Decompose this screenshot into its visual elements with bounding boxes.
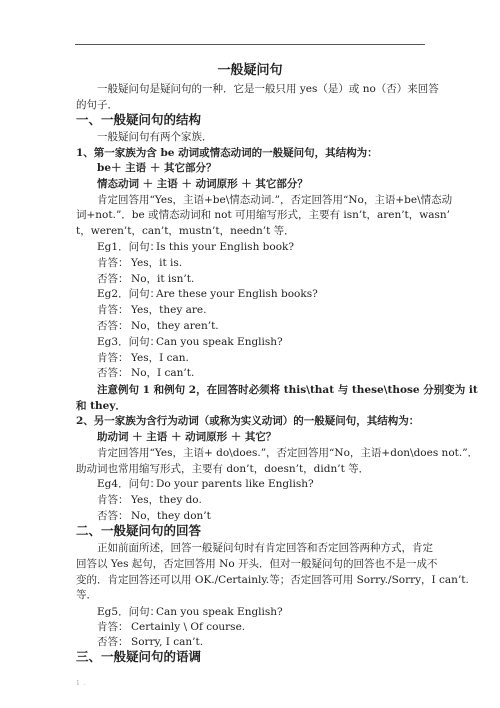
example-label: Eg5．问句： (97, 605, 156, 619)
example-2-question: Eg2．问句：Are these your English books? (97, 287, 318, 301)
family1-explain-2: 词+not.”．be 或情态动词和 not 可用缩写形式，主要有 isn’t，a… (76, 208, 450, 222)
header-mark: · (421, 40, 423, 46)
example-4-no: 否答：No，they don’t (97, 509, 211, 523)
answer-text: No，they don’t (131, 510, 211, 522)
example-label: Eg4．问句： (97, 477, 156, 491)
section2-para-1: 正如前面所述，回答一般疑问句时有肯定回答和否定回答两种方式，肯定 (97, 541, 433, 555)
intro-line-2: 的句子． (76, 98, 118, 112)
answer-text: No，they aren’t. (131, 320, 219, 332)
section1-intro: 一般疑问句有两个家族． (97, 130, 213, 144)
example-2-no: 否答：No，they aren’t. (97, 319, 219, 333)
example-1-question: Eg1．问句：Is this your English book? (97, 240, 294, 254)
family1-heading: 1、第一家族为含 be 动词或情态动词的一般疑问句，其结构为： (76, 146, 378, 160)
example-2-yes: 肯答：Yes，they are. (97, 303, 206, 317)
example-5-no: 否答：Sorry, I can’t. (97, 635, 203, 649)
example-text: Can you speak English? (156, 606, 283, 618)
example-text: Can you speak English? (156, 336, 283, 348)
section2-heading: 二、一般疑问句的回答 (76, 524, 201, 538)
example-5-question: Eg5．问句：Can you speak English? (97, 605, 283, 619)
answer-text: Certainly \ Of course. (131, 621, 245, 633)
family1-explain-1: 肯定回答用“Yes，主语+be\情态动词.”，否定回答用“No，主语+be\情态… (97, 193, 452, 207)
answer-text: No，I can’t. (131, 367, 194, 379)
example-3-question: Eg3．问句：Can you speak English? (97, 335, 283, 349)
family1-formula-1: be＋ 主语 ＋ 其它部分？ (97, 161, 217, 175)
answer-label: 否答： (97, 319, 131, 333)
answer-label: 肯答： (97, 256, 131, 270)
document-page: · 一般疑问句 一般疑问句是疑问句的一种．它是一般只用 yes（是）或 no（否… (0, 0, 500, 708)
answer-label: 肯答： (97, 620, 131, 634)
example-text: Is this your English book? (156, 241, 294, 253)
answer-text: Yes，they are. (131, 304, 206, 316)
footer-mark: 1 . (76, 680, 87, 687)
example-text: Are these your English books? (156, 288, 318, 300)
family2-explain-1: 肯定回答用“Yes，主语+ do\does.”，否定回答用“No，主语+don\… (97, 446, 478, 460)
answer-label: 否答： (97, 272, 131, 286)
header-rule (75, 44, 425, 45)
example-1-yes: 肯答：Yes，it is. (97, 256, 182, 270)
answer-label: 肯答： (97, 493, 131, 507)
answer-label: 否答： (97, 366, 131, 380)
section2-para-2: 回答以 Yes 起句，否定回答用 No 开头．但对一般疑问句的回答也不是一成不 (76, 557, 437, 571)
answer-text: Sorry, I can’t. (131, 636, 203, 648)
answer-text: Yes，I can. (131, 352, 189, 364)
example-label: Eg2．问句： (97, 287, 156, 301)
note-line-1: 注意例句 1 和例句 2，在回答时必须将 this\that 与 these\t… (97, 383, 478, 397)
answer-text: Yes，they do. (131, 494, 202, 506)
answer-text: No，it isn’t. (131, 273, 194, 285)
example-label: Eg1．问句： (97, 240, 156, 254)
family2-formula: 助动词 ＋ 主语 ＋ 动词原形 ＋ 其它？ (97, 430, 276, 444)
family2-heading: 2、另一家族为含行为动词（或称为实义动词）的一般疑问句，其结构为： (76, 414, 419, 428)
example-4-question: Eg4．问句：Do your parents like English? (97, 477, 314, 491)
family1-formula-2: 情态动词 ＋ 主语 ＋ 动词原形 ＋ 其它部分？ (97, 177, 308, 191)
example-3-yes: 肯答：Yes，I can. (97, 351, 189, 365)
answer-label: 肯答： (97, 303, 131, 317)
section2-para-4: 等． (76, 588, 97, 602)
answer-text: Yes，it is. (131, 257, 182, 269)
intro-line-1: 一般疑问句是疑问句的一种．它是一般只用 yes（是）或 no（否）来回答 (97, 82, 439, 96)
family2-explain-2: 助动词也常用缩写形式，主要有 don’t，doesn’t，didn’t 等． (76, 462, 369, 476)
note-line-2: 和 they． (76, 399, 126, 413)
section3-heading: 三、一般疑问句的语调 (76, 650, 201, 664)
example-text: Do your parents like English? (156, 478, 314, 490)
example-1-no: 否答：No，it isn’t. (97, 272, 194, 286)
family1-explain-3: t，weren’t，can’t，mustn’t，needn’t 等． (76, 224, 295, 238)
answer-label: 肯答： (97, 351, 131, 365)
answer-label: 否答： (97, 509, 131, 523)
example-4-yes: 肯答：Yes，they do. (97, 493, 202, 507)
example-3-no: 否答：No，I can’t. (97, 366, 194, 380)
example-5-yes: 肯答：Certainly \ Of course. (97, 620, 245, 634)
example-label: Eg3．问句： (97, 335, 156, 349)
document-title: 一般疑问句 (0, 64, 500, 78)
answer-label: 否答： (97, 635, 131, 649)
section1-heading: 一、一般疑问句的结构 (76, 113, 201, 127)
section2-para-3: 变的．肯定回答还可以用 OK./Certainly.等；否定回答可用 Sorry… (76, 573, 469, 587)
